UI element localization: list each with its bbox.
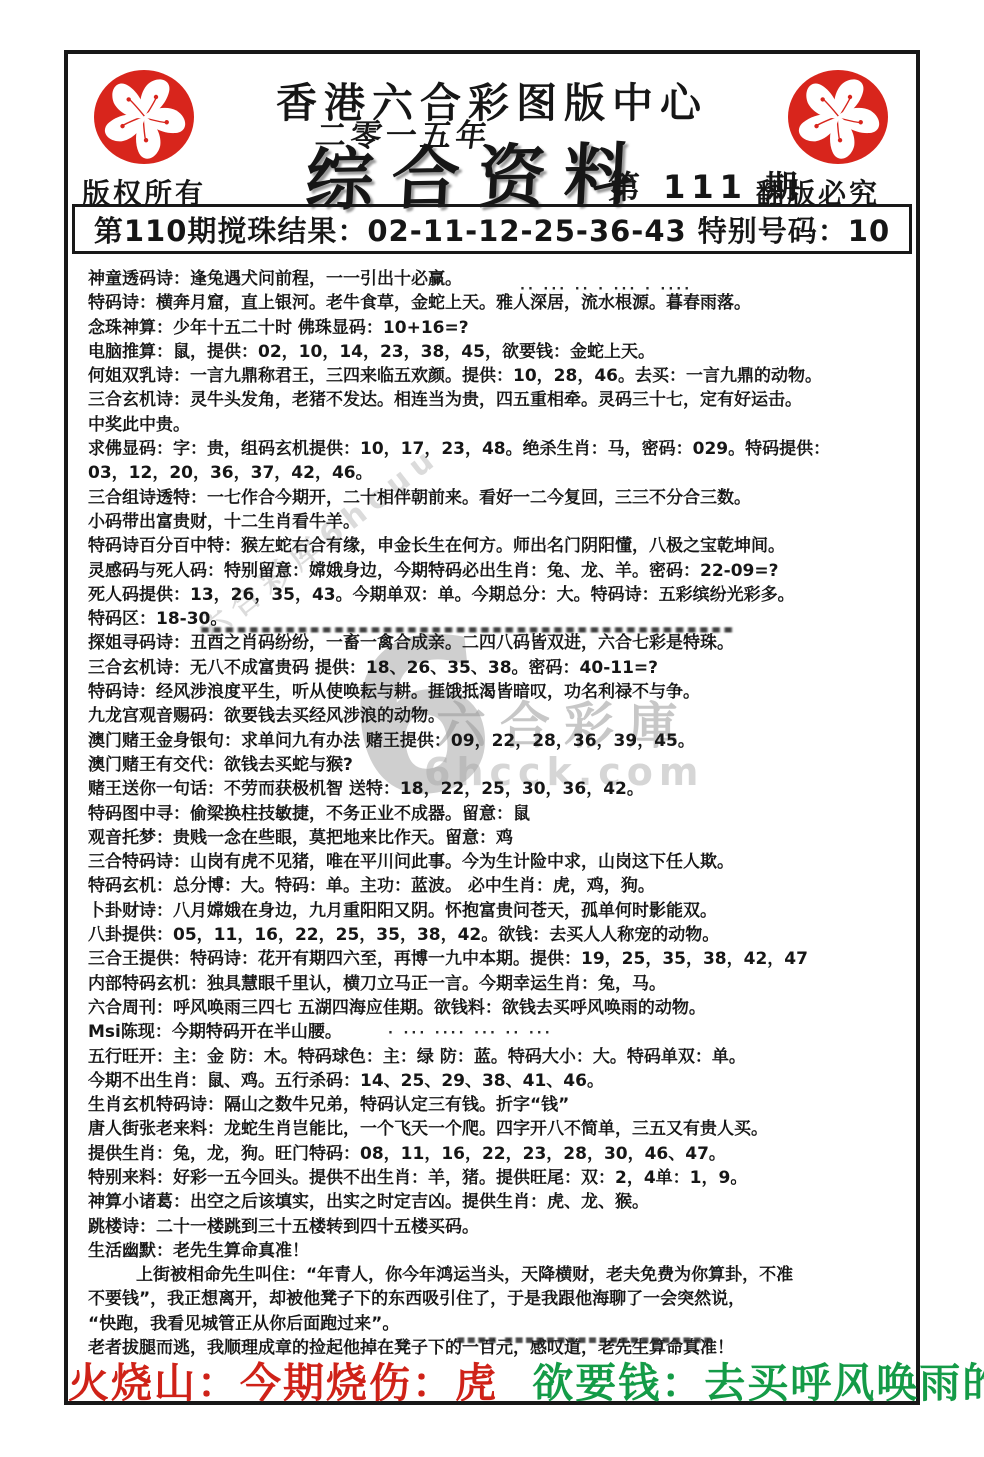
body-line: 特码诗：横奔月窟，直上银河。老牛食草，金蛇上天。雅人深居，流水根源。暮春雨落。 [88,291,904,315]
body-line: 特别来料：好彩一五今回头。提供不出生肖：羊，猪。提供旺尾：双：2，4单：1，9。 [88,1166,904,1190]
body-line: 念珠神算：少年十五二十时 佛珠显码：10+16=? [88,316,904,340]
body-line: 三合特码诗：山岗有虎不见猪，唯在平川问此事。今为生计险中求，山岗这下任人欺。 [88,850,904,874]
hk-bauhinia-logo-left [94,68,194,180]
body-line: 灵感码与死人码：特别留意：嫦娥身边，今期特码必出生肖：兔、龙、羊。密码：22-0… [88,559,904,583]
print-artifact-dashes-2: · ··· ···· ··· ·· ··· [388,1026,553,1041]
body-line: 卜卦财诗：八月嫦娥在身边，九月重阳阳又阴。怀抱富贵问苍天，孤单何时影能双。 [88,899,904,923]
body-line: 特码诗：经风涉浪度平生，听从使唤耘与耕。捱饿抵渴皆暗叹，功名利禄不与争。 [88,680,904,704]
body-line: 何姐双乳诗：一言九鼎称君王，三四来临五欢颜。提供：10，28，46。去买：一言九… [88,364,904,388]
body-line: 生活幽默：老先生算命真准！ [88,1239,904,1263]
body-line: 小码带出富贵财，十二生肖看牛羊。 [88,510,904,534]
bauhinia-flower-icon [94,68,194,180]
body-line: 特码玄机：总分博：大。特码：单。主功：蓝波。 必中生肖：虎，鸡，狗。 [88,874,904,898]
body-line: 观音托梦：贵贱一念在些眼，莫把地来比作天。留意：鸡 [88,826,904,850]
body-line: 神算小诸葛：出空之后该填实，出实之时定吉凶。提供生肖：虎、龙、猴。 [88,1190,904,1214]
body-line: 五行旺开：主：金 防：木。特码球色：主：绿 防：蓝。特码大小：大。特码单双：单。 [88,1045,904,1069]
body-line: 不要钱”，我正想离开，却被他凳子下的东西吸引住了，于是我跟他海聊了一会突然说， [88,1287,904,1311]
body-line: 特码诗百分百中特：猴左蛇右合有缘，申金长生在何方。师出名门阴阳懂，八极之宝乾坤间… [88,534,904,558]
body-line: 中奖此中贵。 [88,413,904,437]
print-artifact-smudge-1: ▪▪▪▪▪▪▪▪▪▪▪▪▪▪▪▪▪▪▪▪▪▪▪▪▪▪▪▪▪▪▪▪▪▪▪▪▪▪▪▪… [200,623,735,636]
body-line: 03，12，20，36，37，42，46。 [88,461,904,485]
body-line: 唐人街张老来料：龙蛇生肖岂能比，一个飞天一个爬。四字开八不简单，三五又有贵人买。 [88,1117,904,1141]
body-line: 澳门赌王有交代：欲钱去买蛇与猴? [88,753,904,777]
lottery-tip-sheet-page: 香港六合彩图版中心 二零一五年 综合资料 第 111 期 版权所有 翻版必究 第… [0,0,984,1457]
body-line: 六合周刊：呼风唤雨三四七 五湖四海应佳期。欲钱料：欲钱去买呼风唤雨的动物。 [88,996,904,1020]
body-line: 求佛显码：字：贵，组码玄机提供：10，17，23，48。绝杀生肖：马，密码：02… [88,437,904,461]
body-line: 上街被相命先生叫住：“年青人，你今年鸿运当头，天降横财，老夫免费为你算卦，不准 [88,1263,904,1287]
body-line: 电脑推算：鼠，提供：02，10，14，23，38，45，欲要钱：金蛇上天。 [88,340,904,364]
body-line: 赌王送你一句话：不劳而获极机智 送特：18，22，25，30，36，42。 [88,777,904,801]
tips-body-text: 神童透码诗：逢兔遇犬问前程，一一引出十必赢。特码诗：横奔月窟，直上银河。老牛食草… [88,267,904,1360]
body-line: 三合组诗透特：一七作合今期开，二十相伴朝前来。看好一二今复回，三三不分合三数。 [88,486,904,510]
body-line: 内部特码玄机：独具慧眼千里认，横刀立马正一言。今期幸运生肖：兔，马。 [88,972,904,996]
banner-fire-mountain-text: 火烧山：今期烧伤：虎 [68,1359,498,1407]
print-artifact-dashes-1: ·· ··· ·· · ··· · ···· [520,282,692,297]
body-line: 跳楼诗：二十一楼跳到三十五楼转到四十五楼买码。 [88,1215,904,1239]
body-line: 提供生肖：兔，龙，狗。旺门特码：08，11，16，22，23，28，30，46、… [88,1142,904,1166]
body-line: 八卦提供：05，11，16，22，25，35，38，42。欲钱：去买人人称宠的动… [88,923,904,947]
body-line: 澳门赌王金身银句：求单问九有办法 赌王提供：09，22，28，36，39，45。 [88,729,904,753]
draw-result-text: 第110期搅珠结果：02-11-12-25-36-43 特别号码：10 [94,209,890,250]
bottom-prediction-banner: 火烧山：今期烧伤：虎 欲要钱：去买呼风唤雨的动物 [68,1350,916,1409]
body-line: 今期不出生肖：鼠、鸡。五行杀码：14、25、29、38、41、46。 [88,1069,904,1093]
body-line: 三合王提供：特码诗：花开有期四六至，再博一九中本期。提供：19，25，35，38… [88,947,904,971]
body-line: 生肖玄机特码诗：隔山之数牛兄弟，特码认定三有钱。折字“钱” [88,1093,904,1117]
print-artifact-smudge-2: ▪▪▪▪ ▪▪▪▪▪▪▪▪▪▪▪▪▪▪▪▪▪▪▪▪ [456,1334,714,1347]
body-line: 特码图中寻：偷梁换柱技敏捷，不务正业不成器。留意：鼠 [88,802,904,826]
body-line: “快跑，我看见城管正从你后面跑过来”。 [88,1312,904,1336]
page-border-frame: 香港六合彩图版中心 二零一五年 综合资料 第 111 期 版权所有 翻版必究 第… [64,50,920,1405]
body-line: 神童透码诗：逢兔遇犬问前程，一一引出十必赢。 [88,267,904,291]
draw-result-box: 第110期搅珠结果：02-11-12-25-36-43 特别号码：10 [72,204,912,254]
body-line: 死人码提供：13，26，35，43。今期单双：单。今期总分：大。特码诗：五彩缤纷… [88,583,904,607]
body-line: 三合玄机诗：灵牛头发角，老猪不发达。相连当为贵，四五重相牵。灵码三十七，定有好运… [88,388,904,412]
banner-want-money-text: 欲要钱：去买呼风唤雨的动物 [532,1359,984,1407]
body-line: 九龙宫观音赐码：欲要钱去买经风涉浪的动物。 [88,704,904,728]
body-line: 三合玄机诗：无八不成富贵码 提供：18、26、35、38。密码：40-11=? [88,656,904,680]
